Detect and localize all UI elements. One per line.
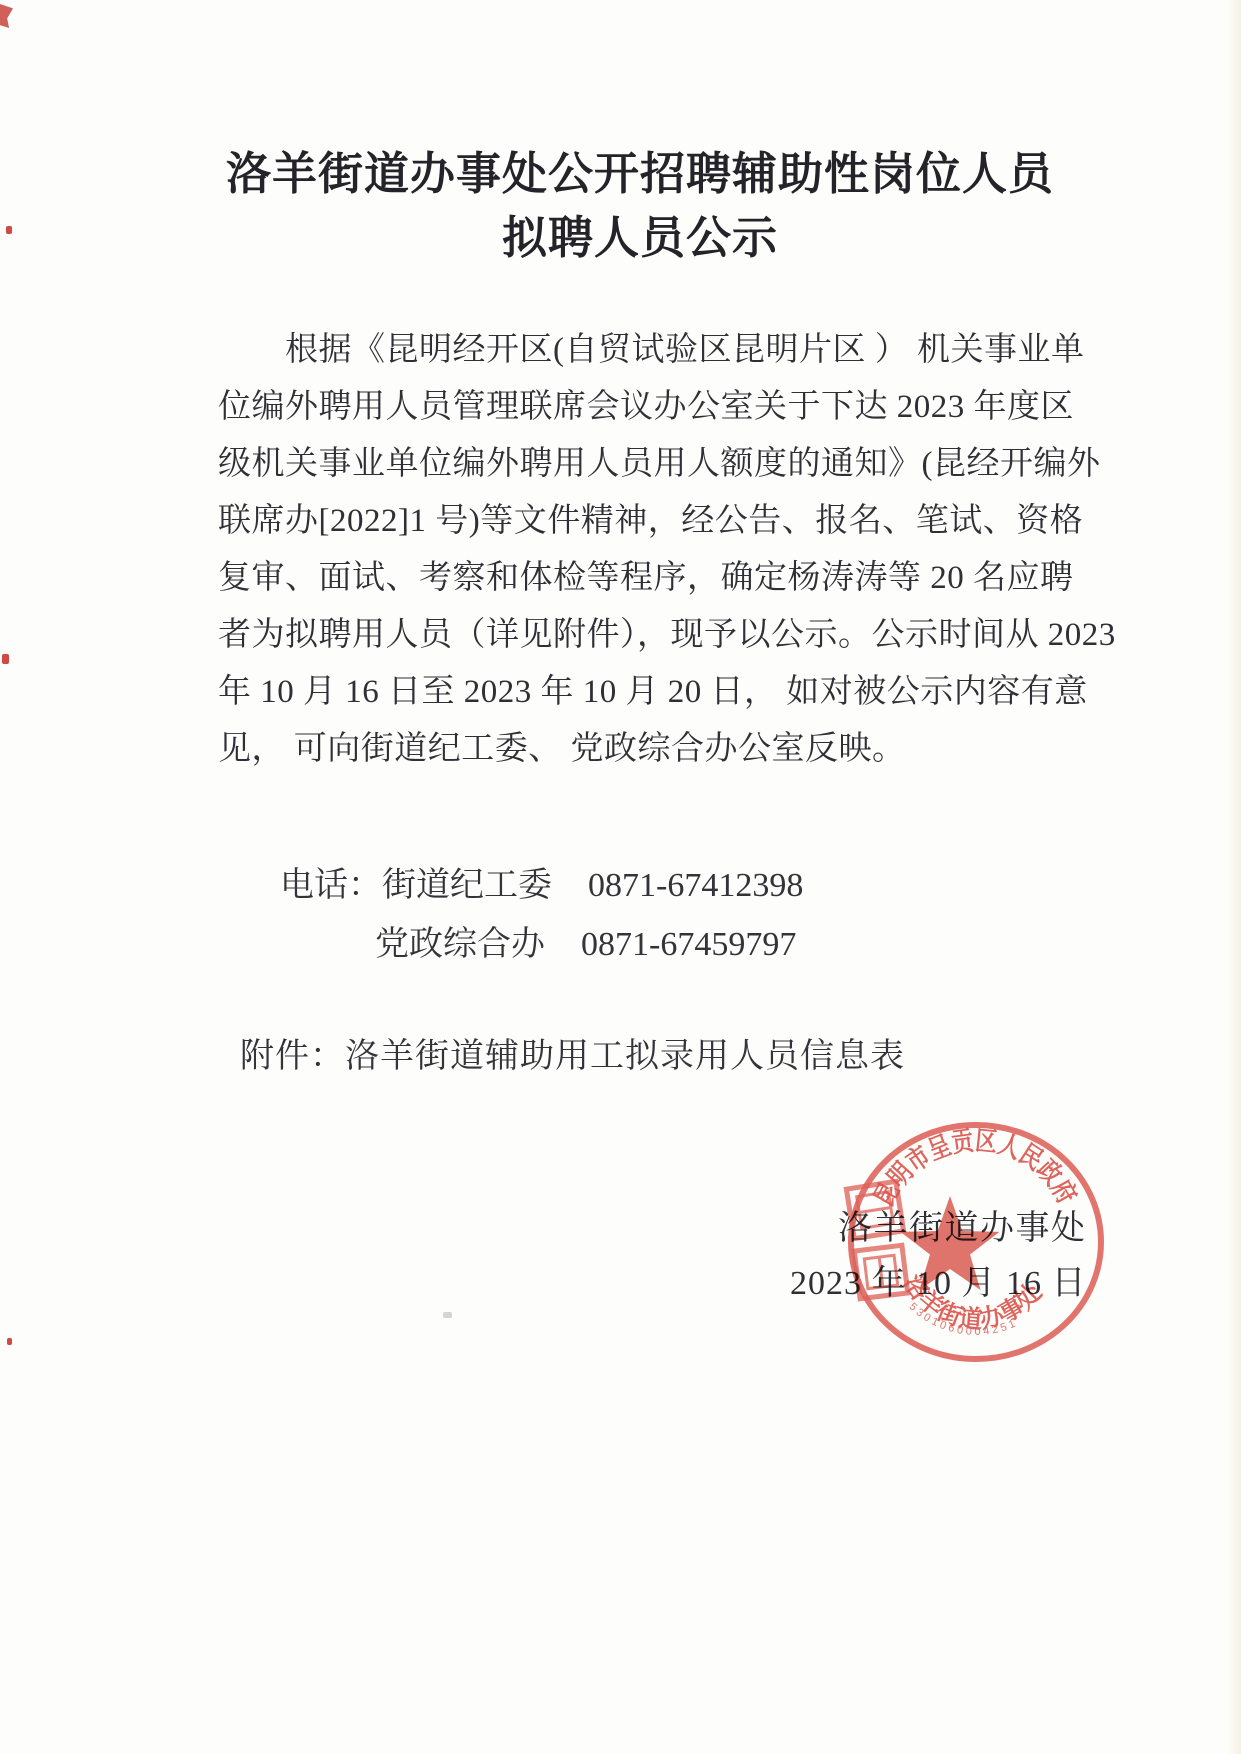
body-line: 复审、面试、考察和体检等程序，确定杨涛涛等 20 名应聘 [218, 550, 1070, 607]
body-line: 年 10 月 16 日至 2023 年 10 月 20 日， 如对被公示内容有意 [218, 664, 1070, 721]
contact-block: 电话：街道纪工委0871-67412398 党政综合办0871-67459797 [280, 856, 803, 974]
body-line: 联席办[2022]1 号)等文件精神，经公告、报名、笔试、资格 [218, 493, 1070, 550]
attachment-line: 附件：洛羊街道辅助用工拟录用人员信息表 [240, 1028, 905, 1077]
body-line: 见， 可向街道纪工委、 党政综合办公室反映。 [218, 721, 1070, 778]
document-page: 洛羊街道办事处公开招聘辅助性岗位人员 拟聘人员公示 根据《昆明经开区(自贸试验区… [0, 0, 1241, 1754]
scan-artifact-speck [6, 226, 12, 234]
body-line: 位编外聘用人员管理联席会议办公室关于下达 2023 年度区 [218, 379, 1070, 436]
svg-text:昆明市呈贡区人民政府: 昆明市呈贡区人民政府 [868, 1125, 1082, 1211]
contact-phone-2: 0871-67459797 [581, 926, 796, 963]
stamp-arc-top-text: 昆明市呈贡区人民政府 [868, 1125, 1082, 1211]
scan-artifact-corner [0, 4, 13, 28]
contact-row-2: 党政综合办0871-67459797 [280, 915, 803, 974]
document-title: 洛羊街道办事处公开招聘辅助性岗位人员 拟聘人员公示 [210, 142, 1070, 270]
scan-artifact-speck [7, 1338, 12, 1345]
body-paragraph: 根据《昆明经开区(自贸试验区昆明片区 ） 机关事业单 位编外聘用人员管理联席会议… [218, 322, 1070, 778]
title-line-2: 拟聘人员公示 [210, 206, 1070, 270]
contact-label: 电话： [280, 867, 382, 904]
contact-org-2: 党政综合办 [375, 926, 545, 963]
body-line: 者为拟聘用人员（详见附件），现予以公示。公示时间从 2023 [218, 607, 1070, 664]
official-seal-stamp: 昆明市呈贡区人民政府 洛羊街道办事处 5301060004251 [836, 1102, 1116, 1382]
title-line-1: 洛羊街道办事处公开招聘辅助性岗位人员 [210, 142, 1070, 206]
contact-org-1: 街道纪工委 [382, 867, 552, 904]
scan-artifact-speck [443, 1312, 452, 1318]
body-line: 根据《昆明经开区(自贸试验区昆明片区 ） 机关事业单 [218, 322, 1070, 379]
contact-row-1: 电话：街道纪工委0871-67412398 [280, 856, 803, 915]
contact-phone-1: 0871-67412398 [588, 867, 803, 904]
scan-artifact-speck [2, 654, 9, 664]
body-line: 级机关事业单位编外聘用人员用人额度的通知》(昆经开编外 [218, 436, 1070, 493]
